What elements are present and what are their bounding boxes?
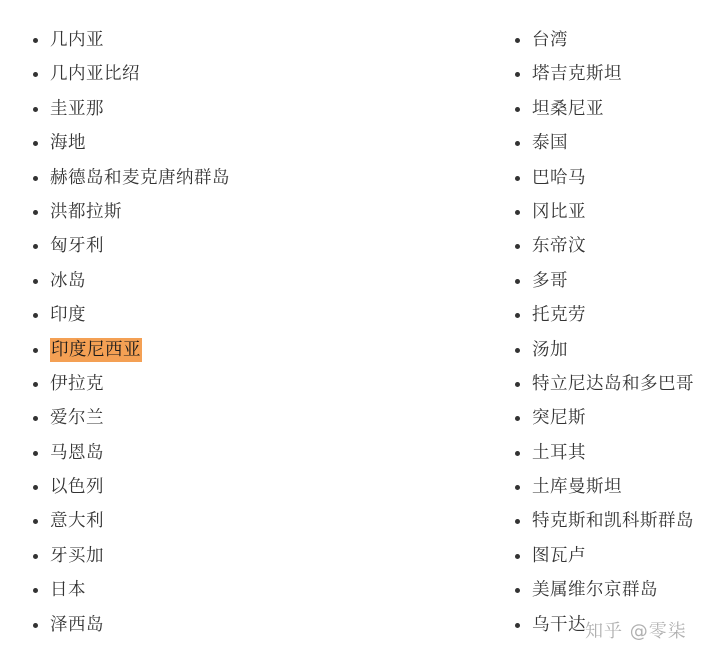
- list-item-label: 坦桑尼亚: [532, 99, 604, 119]
- bullet-icon: [515, 348, 520, 353]
- list-item: 赫德岛和麦克唐纳群岛: [28, 161, 230, 195]
- list-item-label: 土耳其: [532, 443, 586, 463]
- bullet-icon: [33, 416, 38, 421]
- bullet-icon: [33, 519, 38, 524]
- list-item: 海地: [28, 126, 230, 160]
- list-item: 图瓦卢: [510, 539, 694, 573]
- bullet-icon: [33, 38, 38, 43]
- bullet-icon: [515, 210, 520, 215]
- country-list-right: 台湾 塔吉克斯坦 坦桑尼亚 泰国 巴哈马 冈比亚 东帝汶 多哥 托克劳 汤加 特…: [510, 23, 694, 642]
- bullet-icon: [33, 348, 38, 353]
- list-item: 日本: [28, 573, 230, 607]
- list-item-label: 多哥: [532, 271, 568, 291]
- bullet-icon: [515, 416, 520, 421]
- list-item: 几内亚比绍: [28, 57, 230, 91]
- list-item: 土耳其: [510, 436, 694, 470]
- highlighted-text: 印度尼西亚: [50, 338, 142, 362]
- bullet-icon: [33, 382, 38, 387]
- bullet-icon: [515, 244, 520, 249]
- list-item: 泰国: [510, 126, 694, 160]
- list-item: 冈比亚: [510, 195, 694, 229]
- list-item: 巴哈马: [510, 161, 694, 195]
- list-item-label: 土库曼斯坦: [532, 477, 622, 497]
- list-item-label: 海地: [50, 133, 86, 153]
- bullet-icon: [33, 176, 38, 181]
- list-item-label: 突尼斯: [532, 408, 586, 428]
- list-item: 意大利: [28, 504, 230, 538]
- list-item: 台湾: [510, 23, 694, 57]
- list-item-label: 汤加: [532, 340, 568, 360]
- list-item-label: 几内亚比绍: [50, 64, 140, 84]
- list-item-label: 托克劳: [532, 305, 586, 325]
- list-item: 托克劳: [510, 298, 694, 332]
- bullet-icon: [33, 72, 38, 77]
- list-item: 圭亚那: [28, 92, 230, 126]
- bullet-icon: [33, 279, 38, 284]
- list-item-label: 美属维尔京群岛: [532, 580, 658, 600]
- list-item: 以色列: [28, 470, 230, 504]
- list-item: 马恩岛: [28, 436, 230, 470]
- bullet-icon: [515, 554, 520, 559]
- list-item-label: 爱尔兰: [50, 408, 104, 428]
- bullet-icon: [515, 588, 520, 593]
- bullet-icon: [515, 519, 520, 524]
- bullet-icon: [515, 279, 520, 284]
- bullet-icon: [33, 244, 38, 249]
- bullet-icon: [515, 451, 520, 456]
- list-item-label: 特克斯和凯科斯群岛: [532, 511, 694, 531]
- list-item: 特立尼达岛和多巴哥: [510, 367, 694, 401]
- list-item-label: 乌干达: [532, 615, 586, 635]
- bullet-icon: [515, 107, 520, 112]
- list-item-label: 特立尼达岛和多巴哥: [532, 374, 694, 394]
- bullet-icon: [515, 382, 520, 387]
- bullet-icon: [33, 313, 38, 318]
- list-item: 坦桑尼亚: [510, 92, 694, 126]
- list-item: 几内亚: [28, 23, 230, 57]
- list-item-label: 牙买加: [50, 546, 104, 566]
- list-item-label: 泽西岛: [50, 615, 104, 635]
- bullet-icon: [515, 485, 520, 490]
- list-item: 爱尔兰: [28, 401, 230, 435]
- list-item-label: 赫德岛和麦克唐纳群岛: [50, 168, 230, 188]
- bullet-icon: [33, 141, 38, 146]
- list-item: 冰岛: [28, 264, 230, 298]
- bullet-icon: [33, 623, 38, 628]
- bullet-icon: [33, 210, 38, 215]
- list-item-label: 意大利: [50, 511, 104, 531]
- list-item: 土库曼斯坦: [510, 470, 694, 504]
- bullet-icon: [33, 107, 38, 112]
- bullet-icon: [515, 313, 520, 318]
- list-item: 泽西岛: [28, 608, 230, 642]
- bullet-icon: [515, 623, 520, 628]
- list-item: 洪都拉斯: [28, 195, 230, 229]
- list-item: 东帝汶: [510, 229, 694, 263]
- bullet-icon: [33, 485, 38, 490]
- list-item-label: 塔吉克斯坦: [532, 64, 622, 84]
- list-item-label: 巴哈马: [532, 168, 586, 188]
- list-item: 塔吉克斯坦: [510, 57, 694, 91]
- list-item-label: 匈牙利: [50, 236, 104, 256]
- list-item-label: 以色列: [50, 477, 104, 497]
- list-item-label: 图瓦卢: [532, 546, 586, 566]
- bullet-icon: [33, 554, 38, 559]
- bullet-icon: [33, 451, 38, 456]
- list-item: 突尼斯: [510, 401, 694, 435]
- bullet-icon: [515, 38, 520, 43]
- bullet-icon: [515, 141, 520, 146]
- list-item: 伊拉克: [28, 367, 230, 401]
- list-item: 特克斯和凯科斯群岛: [510, 504, 694, 538]
- list-item: 乌干达: [510, 608, 694, 642]
- list-item-label: 印度: [50, 305, 86, 325]
- list-item-label: 冈比亚: [532, 202, 586, 222]
- list-item: 牙买加: [28, 539, 230, 573]
- list-item-highlighted: 印度尼西亚: [28, 333, 230, 367]
- bullet-icon: [515, 72, 520, 77]
- list-item-label: 马恩岛: [50, 443, 104, 463]
- bullet-icon: [33, 588, 38, 593]
- list-item: 匈牙利: [28, 229, 230, 263]
- list-item: 汤加: [510, 333, 694, 367]
- list-item: 多哥: [510, 264, 694, 298]
- list-item-label: 东帝汶: [532, 236, 586, 256]
- list-item-label: 日本: [50, 580, 86, 600]
- list-item: 印度: [28, 298, 230, 332]
- list-item-label: 几内亚: [50, 30, 104, 50]
- bullet-icon: [515, 176, 520, 181]
- country-list-left: 几内亚 几内亚比绍 圭亚那 海地 赫德岛和麦克唐纳群岛 洪都拉斯 匈牙利 冰岛 …: [28, 23, 230, 642]
- list-item-label: 圭亚那: [50, 99, 104, 119]
- list-item-label: 伊拉克: [50, 374, 104, 394]
- list-item-label: 冰岛: [50, 271, 86, 291]
- list-item-label: 洪都拉斯: [50, 202, 122, 222]
- list-item-label: 泰国: [532, 133, 568, 153]
- list-item: 美属维尔京群岛: [510, 573, 694, 607]
- list-item-label: 台湾: [532, 30, 568, 50]
